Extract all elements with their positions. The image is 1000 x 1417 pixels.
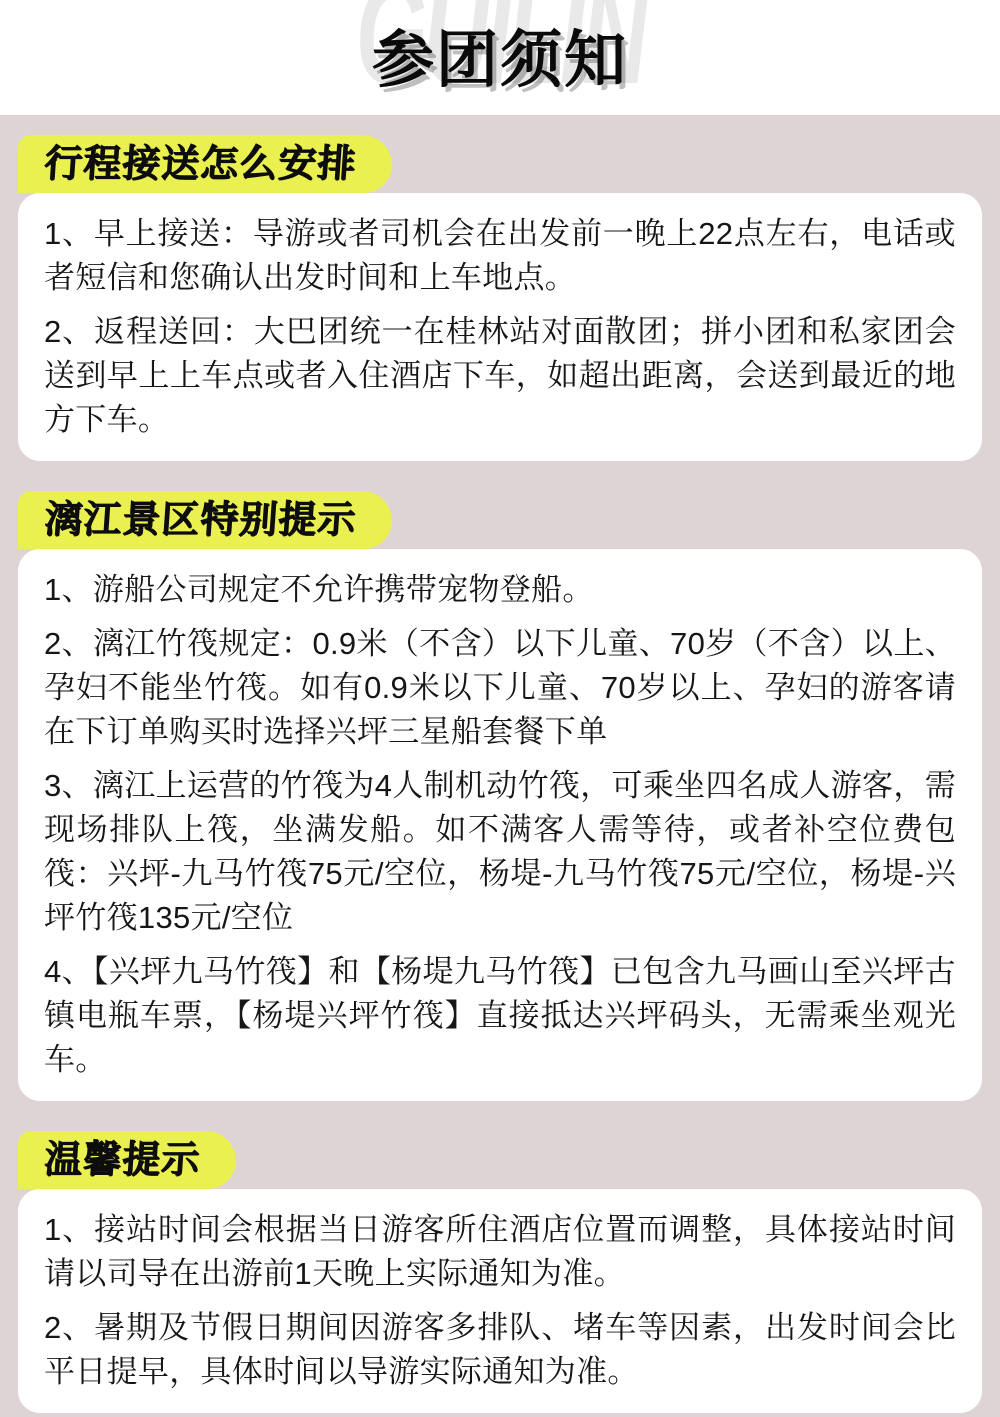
section-pickup-header-row: 行程接送怎么安排 — [18, 135, 982, 193]
section-warm-card: 1、接站时间会根据当日游客所住酒店位置而调整，具体接站时间请以司导在出游前1天晚… — [18, 1189, 982, 1413]
notice-item: 1、接站时间会根据当日游客所住酒店位置而调整，具体接站时间请以司导在出游前1天晚… — [44, 1208, 956, 1296]
section-pickup-header-label: 行程接送怎么安排 — [43, 144, 358, 184]
notice-item: 2、漓江竹筏规定：0.9米（不含）以下儿童、70岁（不含）以上、孕妇不能坐竹筏。… — [44, 622, 956, 754]
section-warm-header-tag: 温馨提示 — [18, 1131, 236, 1189]
section-lijiang-header-label: 漓江景区特别提示 — [43, 500, 358, 540]
notice-item: 3、漓江上运营的竹筏为4人制机动竹筏，可乘坐四名成人游客，需现场排队上筏，坐满发… — [44, 764, 956, 940]
section-warm-tips: 温馨提示 1、接站时间会根据当日游客所住酒店位置而调整，具体接站时间请以司导在出… — [18, 1131, 982, 1413]
section-pickup-card: 1、早上接送：导游或者司机会在出发前一晚上22点左右，电话或者短信和您确认出发时… — [18, 193, 982, 461]
tour-notice-page: GUILIN 参团须知 行程接送怎么安排 1、早上接送：导游或者司机会在出发前一… — [0, 0, 1000, 1417]
notice-item: 1、早上接送：导游或者司机会在出发前一晚上22点左右，电话或者短信和您确认出发时… — [44, 212, 956, 300]
page-header: GUILIN 参团须知 — [0, 0, 1000, 115]
section-warm-header-label: 温馨提示 — [43, 1140, 202, 1180]
section-lijiang-header-tag: 漓江景区特别提示 — [18, 491, 392, 549]
notice-content: 行程接送怎么安排 1、早上接送：导游或者司机会在出发前一晚上22点左右，电话或者… — [0, 115, 1000, 1417]
notice-item: 1、游船公司规定不允许携带宠物登船。 — [44, 568, 956, 612]
page-title: 参团须知 — [0, 10, 1000, 99]
notice-item: 2、返程送回：大巴团统一在桂林站对面散团；拼小团和私家团会送到早上上车点或者入住… — [44, 310, 956, 442]
section-lijiang-tips: 漓江景区特别提示 1、游船公司规定不允许携带宠物登船。 2、漓江竹筏规定：0.9… — [18, 491, 982, 1101]
section-lijiang-card: 1、游船公司规定不允许携带宠物登船。 2、漓江竹筏规定：0.9米（不含）以下儿童… — [18, 549, 982, 1101]
section-pickup-arrangement: 行程接送怎么安排 1、早上接送：导游或者司机会在出发前一晚上22点左右，电话或者… — [18, 135, 982, 461]
section-pickup-header-tag: 行程接送怎么安排 — [18, 135, 392, 193]
section-warm-header-row: 温馨提示 — [18, 1131, 982, 1189]
section-lijiang-header-row: 漓江景区特别提示 — [18, 491, 982, 549]
notice-item: 4、【兴坪九马竹筏】和【杨堤九马竹筏】已包含九马画山至兴坪古镇电瓶车票，【杨堤兴… — [44, 950, 956, 1082]
notice-item: 2、暑期及节假日期间因游客多排队、堵车等因素，出发时间会比平日提早，具体时间以导… — [44, 1306, 956, 1394]
